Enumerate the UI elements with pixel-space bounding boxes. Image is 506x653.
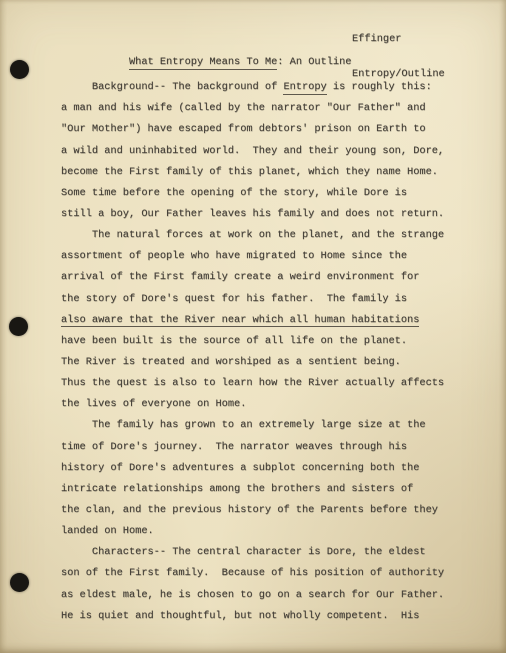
text-line: Background-- The background of Entropy i… <box>61 77 471 98</box>
text-line: have been built is the source of all lif… <box>61 331 471 352</box>
line-text: is roughly this: <box>327 81 432 93</box>
header-author: Effinger <box>352 34 445 46</box>
line-text: a wild and uninhabited world. They and t… <box>61 145 444 157</box>
line-text: Characters-- The central character is Do… <box>61 546 426 558</box>
text-line: He is quiet and thoughtful, but not whol… <box>61 606 471 627</box>
line-text: history of Dore's adventures a subplot c… <box>61 462 419 474</box>
line-text: still a boy, Our Father leaves his famil… <box>61 208 444 220</box>
text-line: the story of Dore's quest for his father… <box>61 289 471 310</box>
line-text: Some time before the opening of the stor… <box>61 187 407 199</box>
line-text: the clan, and the previous history of th… <box>61 504 438 516</box>
title-suffix: : An Outline <box>277 56 351 68</box>
punch-hole <box>10 573 29 592</box>
line-text: the lives of everyone on Home. <box>61 398 246 410</box>
line-text: intricate relationships among the brothe… <box>61 483 413 495</box>
text-line: a man and his wife (called by the narrat… <box>61 98 471 119</box>
line-text: arrival of the First family create a wei… <box>61 271 419 283</box>
document-body: What Entropy Means To Me: An Outline Bac… <box>61 52 471 627</box>
text-line: intricate relationships among the brothe… <box>61 479 471 500</box>
text-line: "Our Mother") have escaped from debtors'… <box>61 119 471 140</box>
text-line: Thus the quest is also to learn how the … <box>61 373 471 394</box>
text-line: as eldest male, he is chosen to go on a … <box>61 585 471 606</box>
line-text: The family has grown to an extremely lar… <box>61 419 426 431</box>
line-text: as eldest male, he is chosen to go on a … <box>61 589 444 601</box>
text-line: the clan, and the previous history of th… <box>61 500 471 521</box>
text-line: time of Dore's journey. The narrator wea… <box>61 437 471 458</box>
text-line: history of Dore's adventures a subplot c… <box>61 458 471 479</box>
title-indent <box>61 56 129 68</box>
line-text: have been built is the source of all lif… <box>61 335 407 347</box>
text-line: son of the First family. Because of his … <box>61 563 471 584</box>
line-text: Background-- The background of <box>61 81 283 93</box>
text-line: The family has grown to an extremely lar… <box>61 415 471 436</box>
text-line: arrival of the First family create a wei… <box>61 267 471 288</box>
title-underlined-text: What Entropy Means To Me <box>129 56 277 70</box>
line-text: He is quiet and thoughtful, but not whol… <box>61 610 419 622</box>
text-line: Characters-- The central character is Do… <box>61 542 471 563</box>
line-underlined-text: also aware that the River near which all… <box>61 314 419 328</box>
line-text: become the First family of this planet, … <box>61 166 438 178</box>
line-text: Thus the quest is also to learn how the … <box>61 377 444 389</box>
text-line: a wild and uninhabited world. They and t… <box>61 141 471 162</box>
page-title: What Entropy Means To Me: An Outline <box>61 52 471 73</box>
text-line: The River is treated and worshiped as a … <box>61 352 471 373</box>
line-text: the story of Dore's quest for his father… <box>61 293 407 305</box>
line-text: son of the First family. Because of his … <box>61 567 444 579</box>
line-text: "Our Mother") have escaped from debtors'… <box>61 123 426 135</box>
line-underlined-text: Entropy <box>283 81 326 95</box>
text-line: landed on Home. <box>61 521 471 542</box>
punch-hole <box>9 317 28 336</box>
line-text: assortment of people who have migrated t… <box>61 250 407 262</box>
manuscript-page: Effinger Entropy/Outline What Entropy Me… <box>0 0 506 653</box>
text-line: still a boy, Our Father leaves his famil… <box>61 204 471 225</box>
punch-hole <box>10 60 29 79</box>
text-line: The natural forces at work on the planet… <box>61 225 471 246</box>
text-line: Some time before the opening of the stor… <box>61 183 471 204</box>
line-text: landed on Home. <box>61 525 154 537</box>
text-line: assortment of people who have migrated t… <box>61 246 471 267</box>
text-line: the lives of everyone on Home. <box>61 394 471 415</box>
line-text: The natural forces at work on the planet… <box>61 229 444 241</box>
line-text: The River is treated and worshiped as a … <box>61 356 401 368</box>
text-line: become the First family of this planet, … <box>61 162 471 183</box>
text-line: also aware that the River near which all… <box>61 310 471 331</box>
line-text: a man and his wife (called by the narrat… <box>61 102 426 114</box>
line-text: time of Dore's journey. The narrator wea… <box>61 441 407 453</box>
